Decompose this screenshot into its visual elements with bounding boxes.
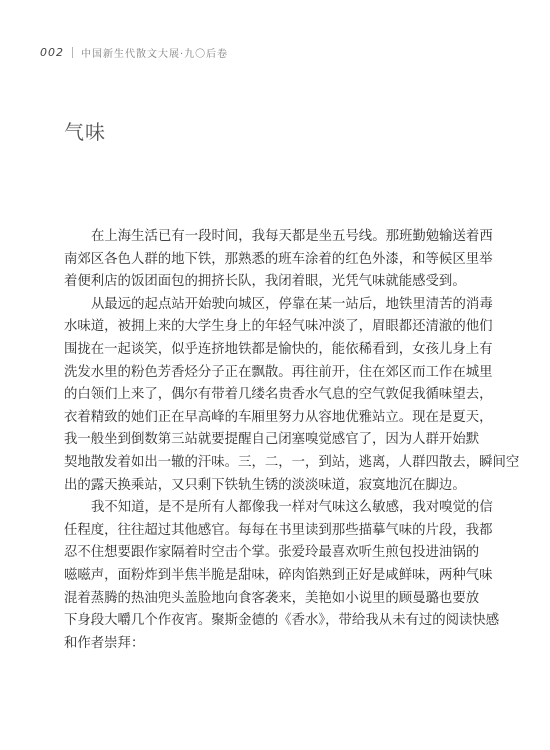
- body-line: 出的露天换乘站，又只剩下铁轨生锈的淡淡味道，寂寞地沉在脚边。: [64, 475, 474, 498]
- body-line: 在上海生活已有一段时间，我每天都是坐五号线。那班勤勉输送着西: [64, 226, 474, 249]
- running-header: 002 中国新生代散文大展·九〇后卷: [40, 44, 228, 60]
- body-line: 嗞嗞声，面粉炸到半焦半脆是甜味，碎肉馅熟到正好是咸鲜味，两种气味: [64, 565, 474, 588]
- body-line: 忍不住想要跟作家隔着时空击个掌。张爱玲最喜欢听生煎包投进油锅的: [64, 542, 474, 565]
- body-line: 下身段大嚼几个作夜宵。聚斯金德的《香水》，带给我从未有过的阅读快感: [64, 610, 474, 633]
- body-line: 的白领们上来了，偶尔有带着几缕名贵香水气息的空气敦促我循味望去，: [64, 384, 474, 407]
- body-line: 衣着精致的她们正在早高峰的车厢里努力从容地优雅站立。现在是夏天，: [64, 407, 474, 430]
- body-line: 契地散发着如出一辙的汗味。三，二，一，到站，逃离，人群四散去，瞬间空: [64, 452, 474, 475]
- body-line: 我一般坐到倒数第三站就要提醒自己闭塞嗅觉感官了，因为人群开始默: [64, 429, 474, 452]
- series-title: 中国新生代散文大展·九〇后卷: [81, 45, 228, 60]
- body-line: 南郊区各色人群的地下铁，那熟悉的班车涂着的红色外漆，和等候区里举: [64, 249, 474, 272]
- body-line: 水味道，被拥上来的大学生身上的年轻气味冲淡了，眉眼都还清澈的他们: [64, 316, 474, 339]
- header-divider: [72, 47, 73, 58]
- body-line: 围拢在一起谈笑，似乎连挤地铁都是愉快的，能依稀看到，女孩儿身上有: [64, 339, 474, 362]
- body-line: 洗发水里的粉色芳香烃分子正在飘散。再往前开，住在郊区而工作在城里: [64, 362, 474, 385]
- article-title: 气味: [64, 116, 106, 145]
- article-body: 在上海生活已有一段时间，我每天都是坐五号线。那班勤勉输送着西南郊区各色人群的地下…: [64, 226, 474, 655]
- body-line: 我不知道，是不是所有人都像我一样对气味这么敏感，我对嗅觉的信: [64, 497, 474, 520]
- body-line: 从最远的起点站开始驶向城区，停靠在某一站后，地铁里清苦的消毒: [64, 294, 474, 317]
- body-line: 混着蒸腾的热油兜头盖脸地向食客袭来，美艳如小说里的顾曼璐也要放: [64, 588, 474, 611]
- body-line: 任程度，往往超过其他感官。每每在书里读到那些描摹气味的片段，我都: [64, 520, 474, 543]
- page-number: 002: [40, 46, 64, 59]
- body-line: 和作者崇拜：: [64, 633, 474, 656]
- body-line: 着便利店的饭团面包的拥挤长队，我闭着眼，光凭气味就能感受到。: [64, 271, 474, 294]
